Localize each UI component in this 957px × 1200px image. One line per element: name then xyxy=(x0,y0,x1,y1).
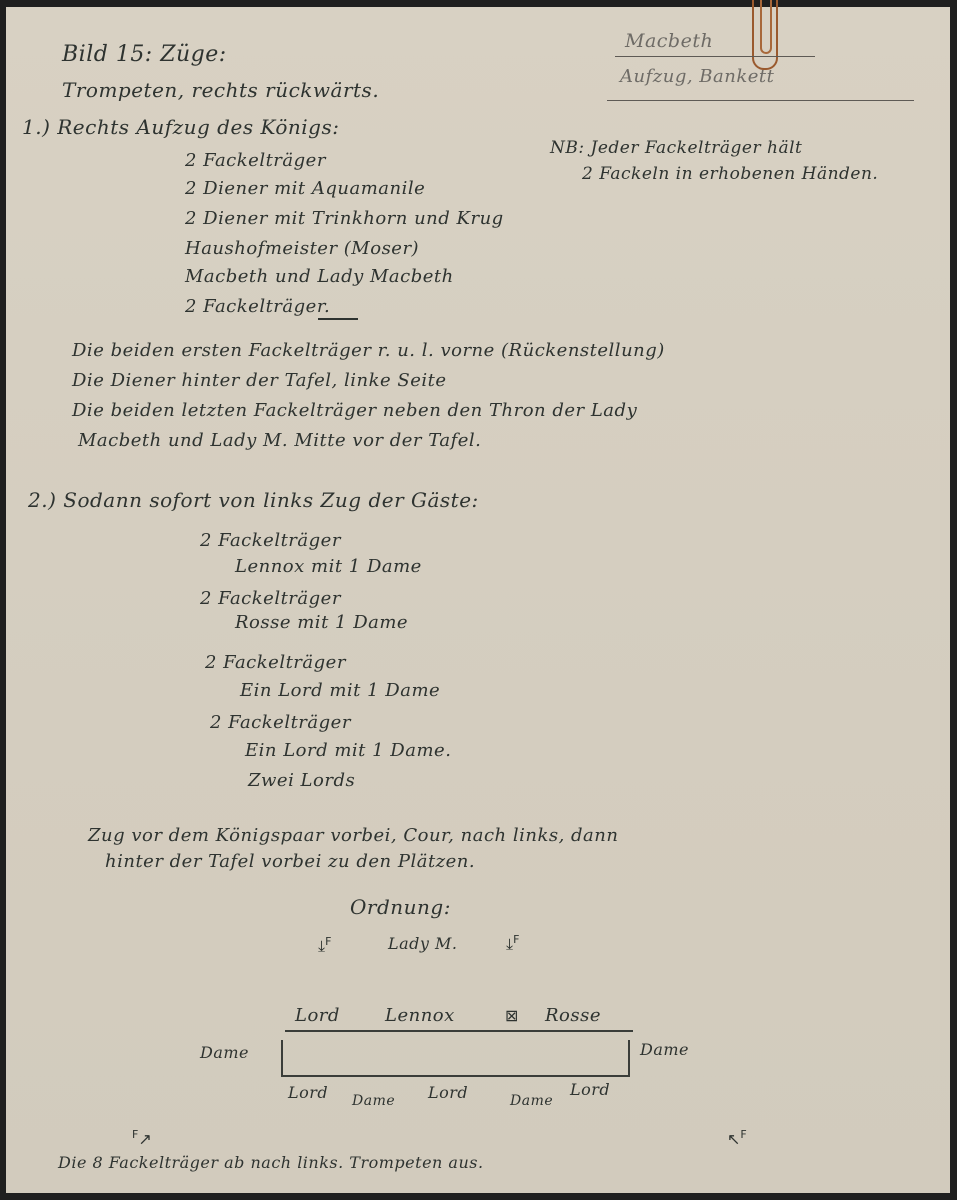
ordnung-lady-m: Lady M. xyxy=(388,934,458,953)
pencil-label-subtitle: Aufzug, Bankett xyxy=(620,66,774,87)
banquet-table-top-edge xyxy=(285,1030,633,1032)
section2-instruction: hinter der Tafel vorbei zu den Plätzen. xyxy=(105,851,475,872)
table-bottom-guest: Lord xyxy=(428,1083,468,1102)
section2-guest: Ein Lord mit 1 Dame. xyxy=(245,740,451,761)
section1-heading: 1.) Rechts Aufzug des Königs: xyxy=(22,115,339,139)
pencil-rule-1 xyxy=(615,56,815,57)
torch-marker-right: ⤓F xyxy=(506,933,519,954)
section1-instruction: Die beiden letzten Fackelträger neben de… xyxy=(72,400,637,421)
table-top-guest: Lennox xyxy=(385,1005,455,1026)
section2-torchbearers: 2 Fackelträger xyxy=(210,712,351,733)
nb-note-line1: NB: Jeder Fackelträger hält xyxy=(550,138,802,158)
section2-torchbearers: 2 Fackelträger xyxy=(200,530,341,551)
section2-torchbearers: 2 Fackelträger xyxy=(205,652,346,673)
section1-instruction: Die Diener hinter der Tafel, linke Seite xyxy=(72,370,447,391)
pencil-rule-2 xyxy=(607,100,914,101)
section1-instruction: Macbeth und Lady M. Mitte vor der Tafel. xyxy=(78,430,481,451)
section1-item: Macbeth und Lady Macbeth xyxy=(185,266,454,287)
table-top-guest: Rosse xyxy=(545,1005,601,1026)
manuscript-page xyxy=(6,7,950,1193)
item-underline xyxy=(318,318,358,320)
document-title: Bild 15: Züge: xyxy=(62,42,227,67)
section2-last: Zwei Lords xyxy=(248,770,355,791)
table-bottom-guest: Dame xyxy=(510,1093,553,1109)
section1-item: 2 Diener mit Trinkhorn und Krug xyxy=(185,208,504,229)
torch-marker-left: ⤓F xyxy=(318,935,331,956)
table-right-guest: Dame xyxy=(640,1040,689,1059)
document-subtitle: Trompeten, rechts rückwärts. xyxy=(62,78,379,102)
section2-guest: Lennox mit 1 Dame xyxy=(235,556,422,577)
table-left-guest: Dame xyxy=(200,1043,249,1062)
section1-item: 2 Fackelträger xyxy=(185,150,326,171)
section2-heading: 2.) Sodann sofort von links Zug der Gäst… xyxy=(28,488,479,512)
section2-guest: Rosse mit 1 Dame xyxy=(235,612,408,633)
footer-instruction: Die 8 Fackelträger ab nach links. Trompe… xyxy=(58,1153,484,1172)
crossed-marker-icon: ⊠ xyxy=(505,1006,518,1025)
section2-guest: Ein Lord mit 1 Dame xyxy=(240,680,440,701)
table-bottom-guest: Dame xyxy=(352,1093,395,1109)
table-bottom-guest: Lord xyxy=(288,1083,328,1102)
table-top-guest: Lord xyxy=(295,1005,340,1026)
torch-exit-marker-right: ↖F xyxy=(727,1128,747,1148)
paper-clip-inner xyxy=(760,0,772,54)
nb-note-line2: 2 Fackeln in erhobenen Händen. xyxy=(582,164,878,184)
torch-exit-marker-left: F↗ xyxy=(132,1128,152,1148)
table-bottom-guest: Lord xyxy=(570,1080,610,1099)
section1-item: Haushofmeister (Moser) xyxy=(185,238,419,259)
banquet-table xyxy=(281,1040,630,1077)
ordnung-heading: Ordnung: xyxy=(350,895,451,919)
section2-torchbearers: 2 Fackelträger xyxy=(200,588,341,609)
pencil-label-title: Macbeth xyxy=(625,30,713,52)
section1-item: 2 Fackelträger. xyxy=(185,296,330,317)
section1-instruction: Die beiden ersten Fackelträger r. u. l. … xyxy=(72,340,665,361)
section1-item: 2 Diener mit Aquamanile xyxy=(185,178,425,199)
section2-instruction: Zug vor dem Königspaar vorbei, Cour, nac… xyxy=(88,825,618,846)
